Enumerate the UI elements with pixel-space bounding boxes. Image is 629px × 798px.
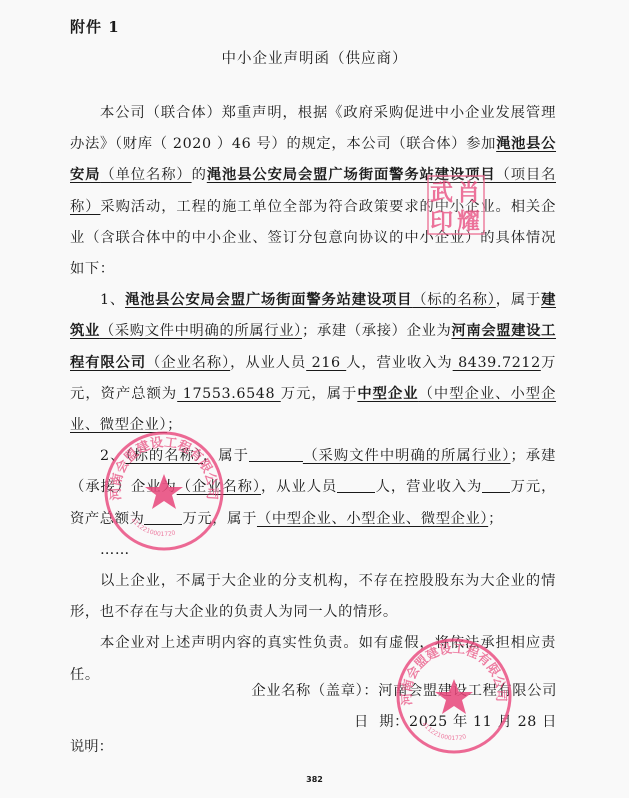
text-de: 的 <box>192 167 207 183</box>
signature-block: 企业名称（盖章）：河南会盟建设工程有限公司 日 期：2025 年 11 月 28… <box>251 676 557 738</box>
assets-value: 17553.6548 <box>177 386 281 402</box>
text: ，从业人员 <box>230 355 306 371</box>
enterprise-item-1: 1、渑池县公安局会盟广场街面警务站建设项目（标的名称），属于建筑业（采购文件中明… <box>70 285 556 441</box>
note-label: 说明： <box>70 736 113 756</box>
company-label: 企业名称（盖章）： <box>251 683 378 699</box>
industry-hint: （采购文件中明确的所属行业） <box>303 448 511 464</box>
text: ；承建（承接）企业为 <box>302 323 451 339</box>
unit-hint: （单位名称） <box>100 167 191 183</box>
employee-blank <box>337 476 375 493</box>
size-hint: （中型企业、小型企业、微型企业） <box>257 511 488 527</box>
date-line: 日 期：2025 年 11 月 28 日 <box>251 707 557 738</box>
ellipsis: …… <box>70 535 556 566</box>
enterprise-item-2: 2、（标的名称），属于（采购文件中明确的所属行业）；承建（承接）企业为（企业名称… <box>70 441 556 535</box>
industry-blank <box>249 445 303 462</box>
text: ； <box>488 511 503 527</box>
industry-hint: （采购文件中明确的所属行业） <box>100 323 302 339</box>
document-body: 本公司（联合体）郑重声明，根据《政府采购促进中小企业发展管理办法》（财库（ 20… <box>70 98 556 691</box>
project-name: 渑池县公安局会盟广场街面警务站建设项目 <box>207 167 496 183</box>
text: ，从业人员 <box>261 479 337 495</box>
page-number: 382 <box>0 775 629 784</box>
text: ； <box>167 417 182 433</box>
enterprise-size: 中型企业 <box>357 386 418 402</box>
company-hint: （企业名称） <box>146 355 230 371</box>
target-name: 渑池县公安局会盟广场街面警务站建设项目 <box>125 292 412 308</box>
employee-count: 216 <box>306 355 346 371</box>
date-value: 2025 年 11 月 28 日 <box>409 714 557 730</box>
document-page: 附件 1 中小企业声明函（供应商） 本公司（联合体）郑重声明，根据《政府采购促进… <box>0 0 629 798</box>
target-hint: （标的名称） <box>125 448 203 464</box>
text: 万元，属于 <box>281 386 358 402</box>
independence-paragraph: 以上企业，不属于大企业的分支机构，不存在控股股东为大企业的情形，也不存在与大企业… <box>70 566 556 628</box>
item-number: 2、 <box>100 448 125 464</box>
item-number: 1、 <box>100 292 125 308</box>
declaration-text: 本公司（联合体）郑重声明，根据《政府采购促进中小企业发展管理办法》（财库（ 20… <box>70 105 556 152</box>
procurement-text: 采购活动，工程的施工单位全部为符合政策要求的中小企业。相关企业（含联合体中的中小… <box>70 199 556 277</box>
document-title: 中小企业声明函（供应商） <box>0 47 629 68</box>
company-hint: （企业名称） <box>177 479 261 495</box>
revenue-blank <box>482 476 510 493</box>
company-value: 河南会盟建设工程有限公司 <box>378 683 557 699</box>
declaration-paragraph: 本公司（联合体）郑重声明，根据《政府采购促进中小企业发展管理办法》（财库（ 20… <box>70 98 556 285</box>
text: 万元，属于 <box>182 511 256 527</box>
text: ，属于 <box>203 448 249 464</box>
target-hint: （标的名称） <box>412 292 496 308</box>
text: ，属于 <box>496 292 541 308</box>
company-signature-line: 企业名称（盖章）：河南会盟建设工程有限公司 <box>251 676 557 707</box>
revenue-value: 8439.7212 <box>453 355 541 371</box>
date-label: 日 期： <box>354 714 409 730</box>
text: 人，营业收入为 <box>375 479 482 495</box>
attachment-label: 附件 1 <box>70 16 120 37</box>
text: 人，营业收入为 <box>346 355 452 371</box>
assets-blank <box>144 508 182 525</box>
